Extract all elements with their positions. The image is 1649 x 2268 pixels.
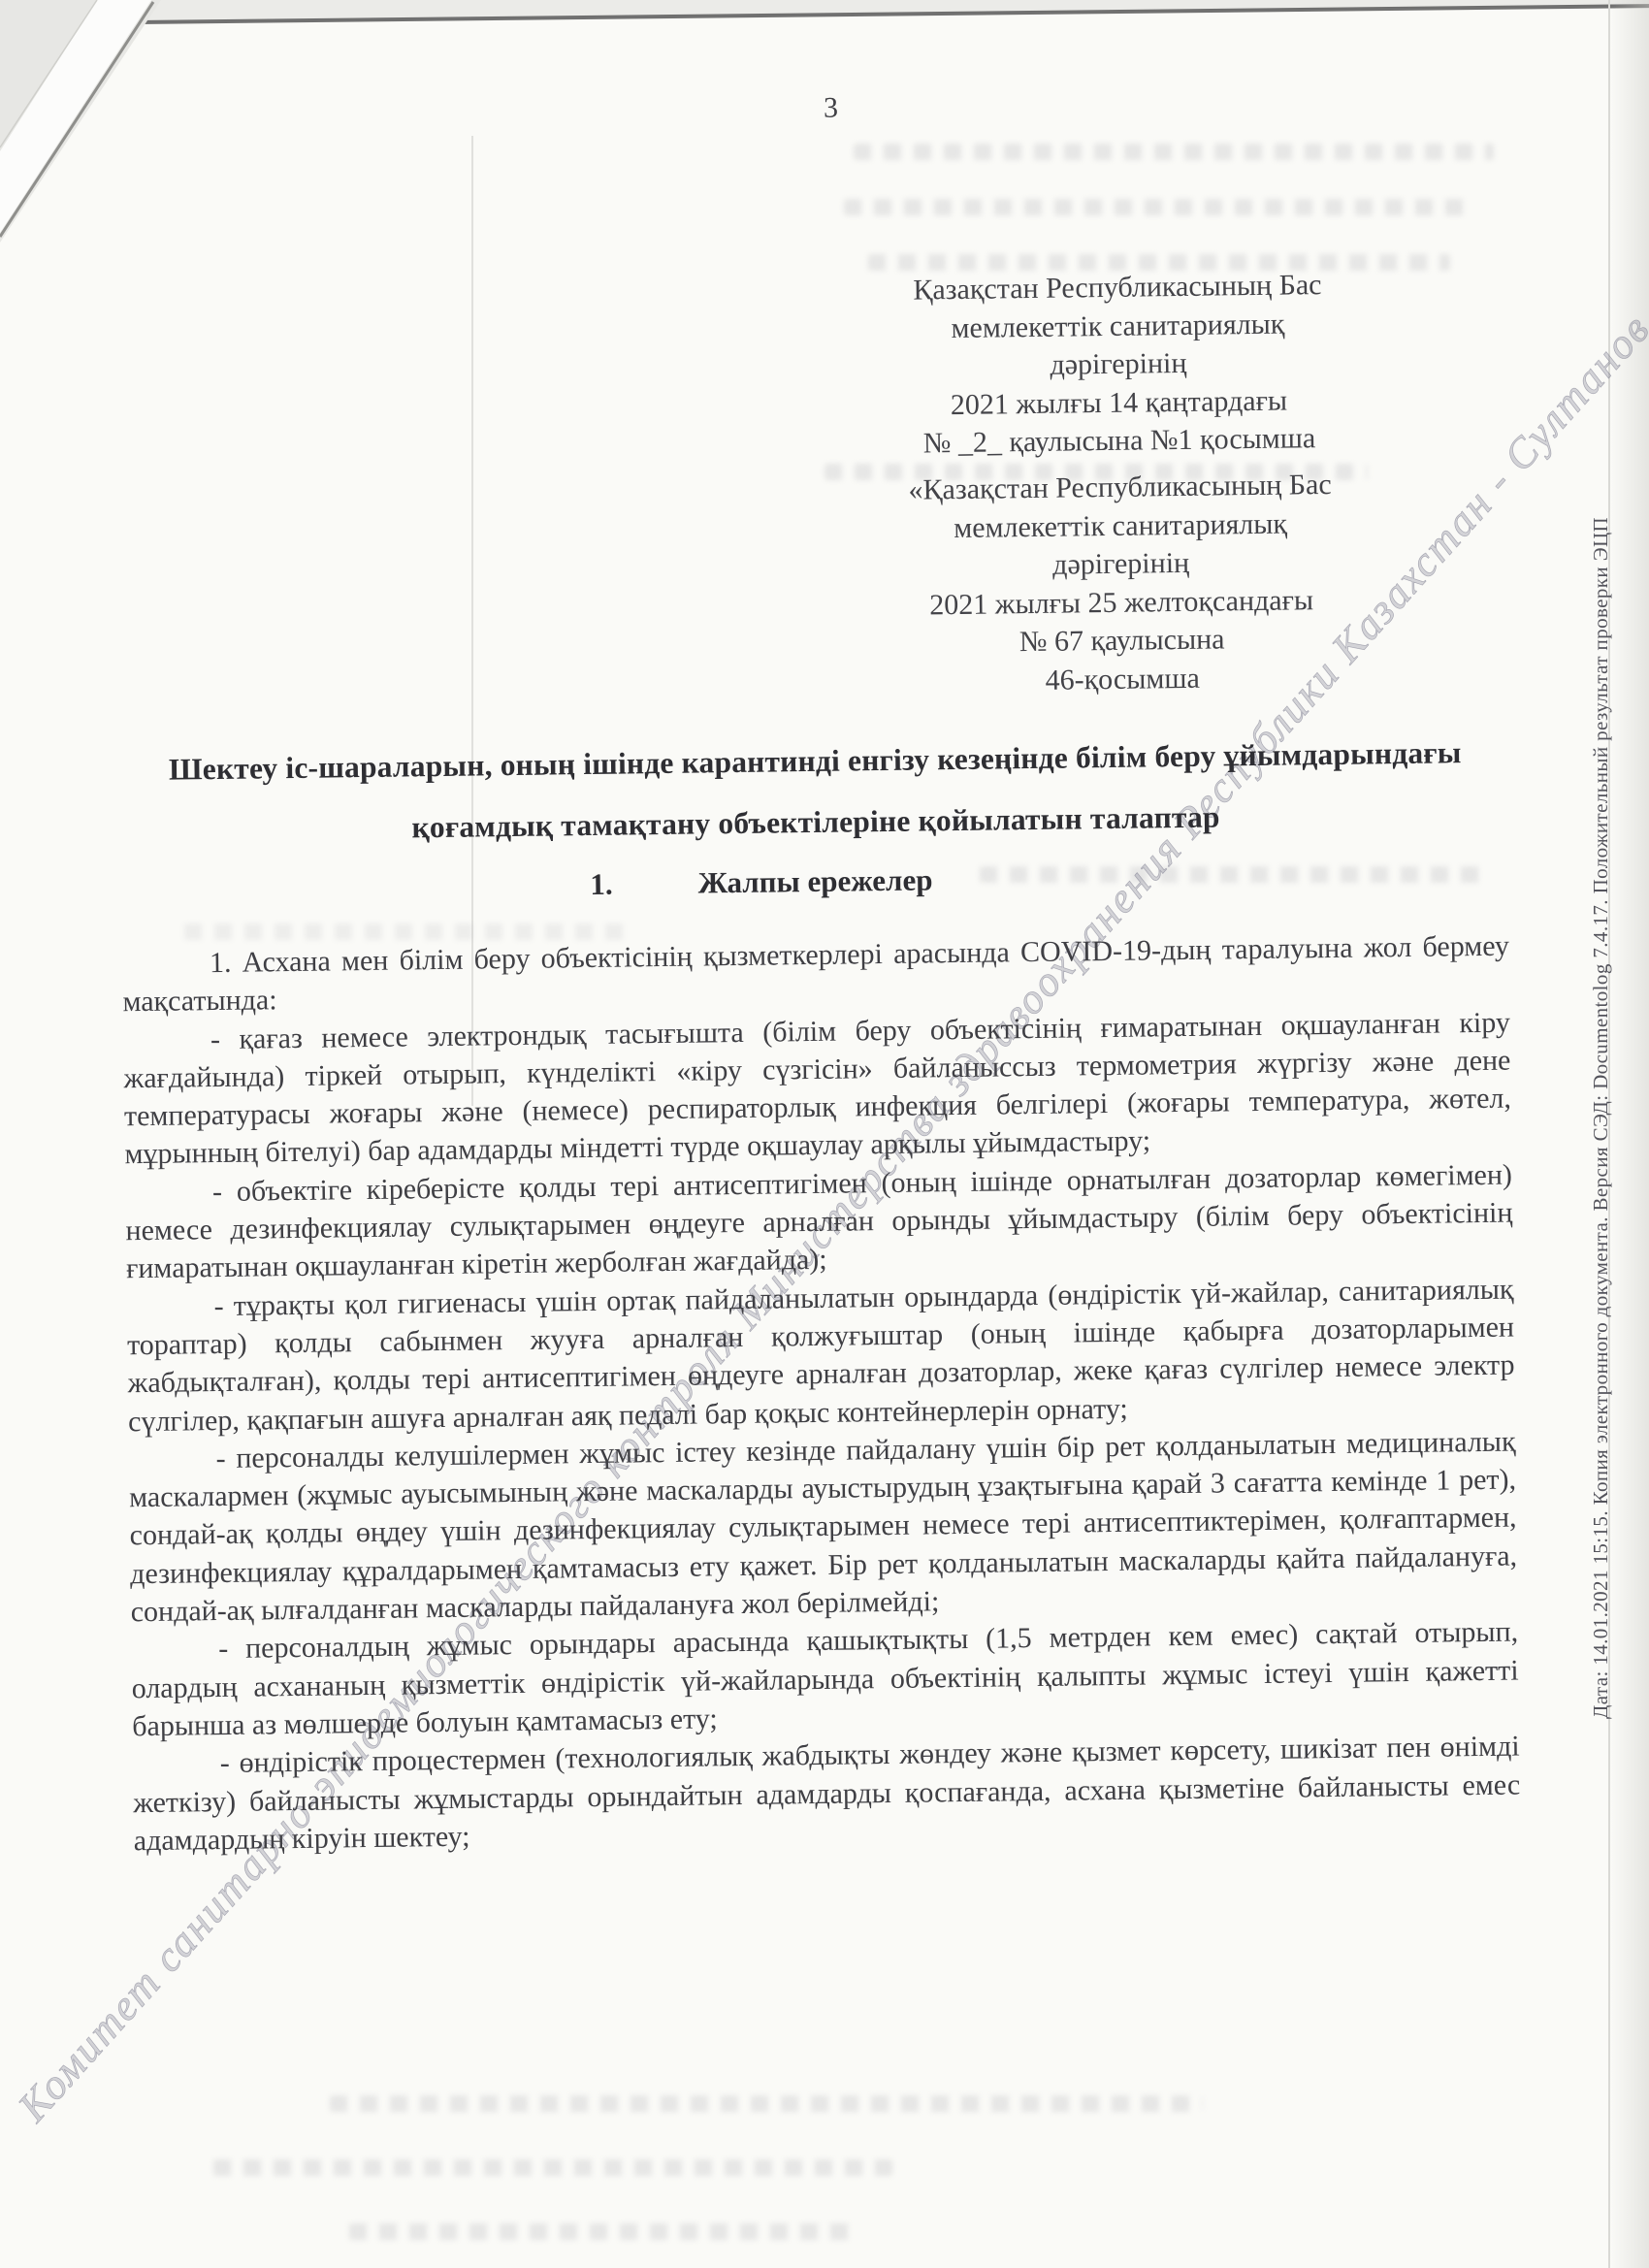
section-heading-gap (613, 893, 698, 894)
appendix-2-line: мемлекеттік санитариялық дәрігерінің (899, 503, 1342, 586)
document-title: Шектеу іс-шараларын, оның ішінде каранти… (141, 722, 1491, 861)
body-paragraph: - персоналдың жұмыс орындары арасында қа… (131, 1613, 1519, 1746)
document-body: 1. Асхана мен білім беру объектісінің қы… (122, 927, 1521, 1861)
appendix-reference-1: Қазақстан Республикасының Бас мемлекетті… (896, 266, 1342, 463)
body-paragraph: - объектіге кіреберісте қолды тері антис… (125, 1155, 1513, 1288)
edoc-verification-stamp: Дата: 14.01.2021 15:15. Копия электронно… (1554, 456, 1599, 1717)
body-paragraph: - қағаз немесе электрондық тасығышта (бі… (123, 1003, 1512, 1174)
appendix-1-line: Қазақстан Республикасының Бас (896, 266, 1339, 309)
printed-content: 3 Қазақстан Республикасының Бас мемлекет… (0, 0, 1649, 2268)
appendix-reference-2: «Қазақстан Республикасының Бас мемлекетт… (898, 466, 1343, 701)
appendix-2-line: № 67 қаулысына (900, 619, 1342, 663)
scanned-document-page: Комитет санитарно-эпидемиологического ко… (0, 0, 1649, 2268)
body-paragraph: - тұрақты қол гигиенасы үшін ортақ пайда… (126, 1270, 1515, 1441)
appendix-1-line: 2021 жылғы 14 қаңтардағы (897, 380, 1340, 424)
appendix-2-line: «Қазақстан Республикасының Бас (898, 466, 1341, 509)
edoc-verification-text: Дата: 14.01.2021 15:15. Копия электронно… (1589, 517, 1613, 1719)
page-number: 3 (113, 82, 1548, 134)
body-paragraph: - өндірістік процестермен (технологиялық… (133, 1728, 1521, 1861)
appendix-1-line: № _2_ қаулысына №1 қосымша (898, 419, 1341, 463)
body-paragraph: - персоналды келушілермен жұмыс істеу ке… (128, 1422, 1517, 1631)
section-heading: 1.Жалпы ережелер (121, 857, 1402, 908)
section-number: 1. (590, 867, 613, 901)
appendix-2-line: 46-қосымша (901, 657, 1343, 700)
section-title: Жалпы ережелер (697, 862, 932, 899)
appendix-1-line: мемлекеттік санитариялық дәрігерінің (896, 304, 1340, 386)
appendix-2-line: 2021 жылғы 25 желтоқсандағы (900, 580, 1342, 624)
